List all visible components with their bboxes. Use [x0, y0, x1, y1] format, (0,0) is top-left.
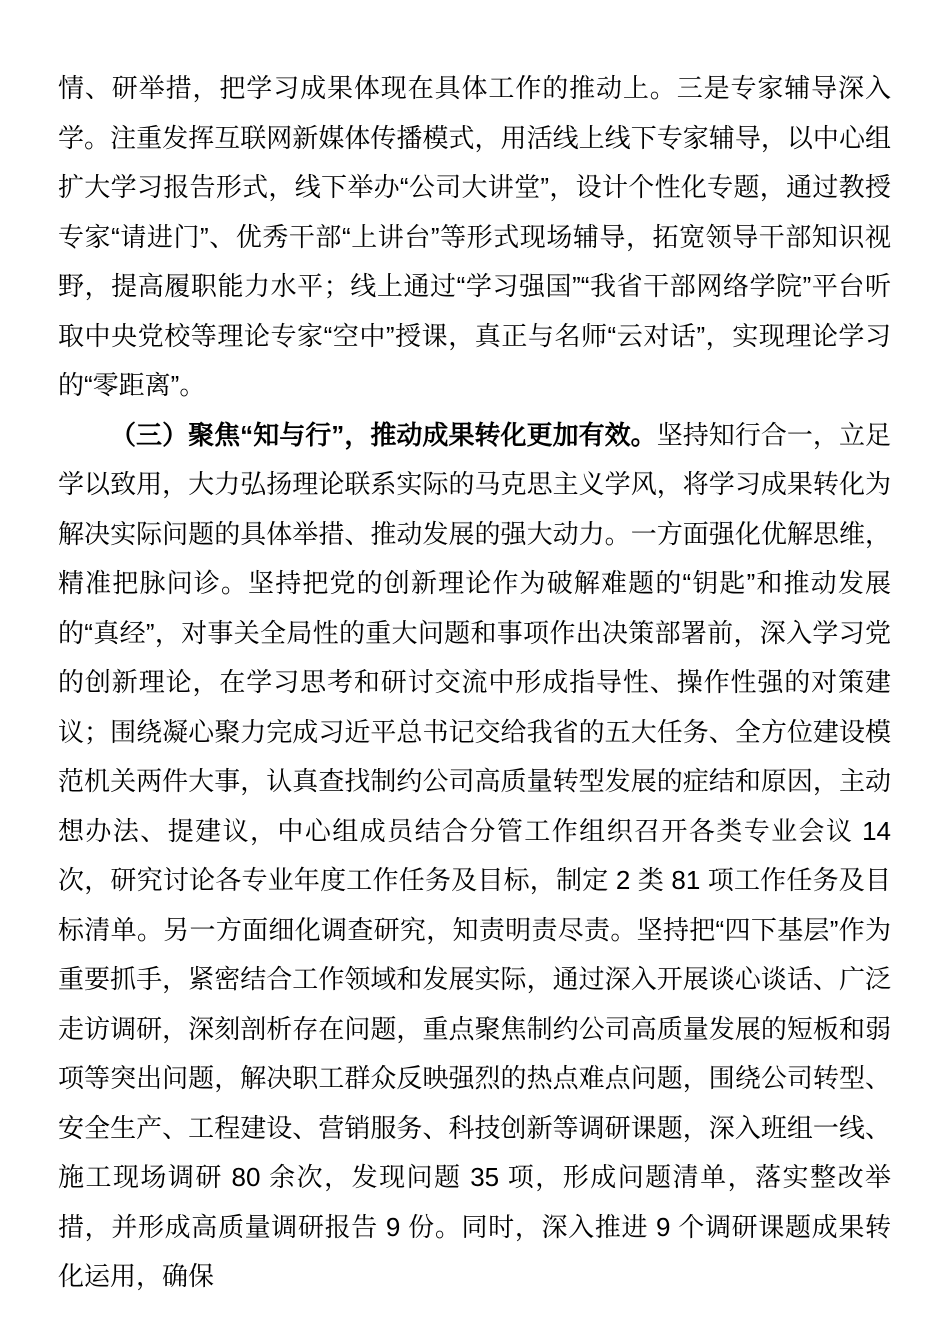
document-page: 情、研举措，把学习成果体现在具体工作的推动上。三是专家辅导深入学。注重发挥互联网… [0, 0, 950, 1344]
section-three-heading-text: （三）聚焦“知与行”，推动成果转化更加有效。 [110, 420, 657, 450]
paragraph-continuation: 情、研举措，把学习成果体现在具体工作的推动上。三是专家辅导深入学。注重发挥互联网… [58, 64, 891, 411]
paragraph-section-three: （三）聚焦“知与行”，推动成果转化更加有效。坚持知行合一，立足学以致用，大力弘扬… [58, 411, 891, 1302]
paragraph-continuation-text: 情、研举措，把学习成果体现在具体工作的推动上。三是专家辅导深入学。注重发挥互联网… [58, 73, 891, 400]
section-three-body-text: 坚持知行合一，立足学以致用，大力弘扬理论联系实际的马克思主义学风，将学习成果转化… [58, 420, 891, 1292]
